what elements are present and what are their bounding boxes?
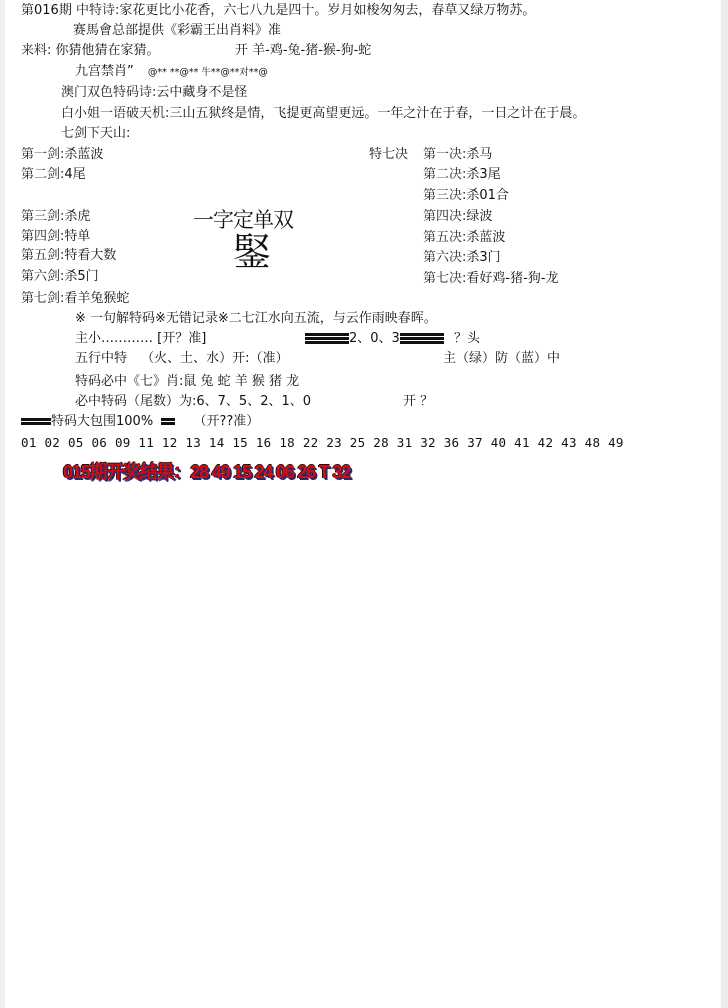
sword-item: 第六剑:杀5门	[21, 268, 99, 286]
macau-poem-line: 澳门双色特码诗:云中藏身不是怪	[61, 84, 247, 102]
wuxing-line: 五行中特 （火、土、水）开:（准）	[75, 350, 289, 368]
macau-poem-label: 澳门双色特码诗:	[61, 85, 156, 100]
jue-item: 第五决:杀蓝波	[423, 229, 505, 247]
odd-even-char: 鋻	[233, 230, 271, 274]
document-page: 第016期 中特诗:家花更比小花香，六七八九是四十。岁月如梭匆匆去，春草又绿万物…	[5, 0, 721, 1008]
jiugong-label: 九宫禁肖”	[75, 64, 134, 79]
jue-item: 第四决:绿波	[423, 208, 492, 226]
tail-value: 6、7、5、2、1、0	[196, 394, 311, 409]
wuxing-label: 五行中特	[75, 351, 127, 366]
one-sentence-line: ※ 一句解特码※无错记录※二七江水向五流，与云作雨映春晖。	[75, 310, 437, 328]
source-line: 赛馬會总部提供《彩霸王出肖料》准	[73, 22, 281, 40]
triple-bar-icon	[305, 332, 349, 345]
sword-item: 第三剑:杀虎	[21, 208, 90, 226]
triple-bar-icon	[400, 332, 444, 345]
jue-item: 第三决:杀01合	[423, 187, 509, 205]
result-special-label: T	[319, 462, 329, 482]
seven-zodiac-label: 特码必中《七》肖:	[75, 374, 183, 389]
result-special: 32	[332, 462, 350, 482]
laiiao-line: 来料: 你猜他猜在家猜。	[21, 42, 160, 60]
sword-item: 第五剑:特看大数	[21, 247, 116, 265]
jue-item: 第一决:杀马	[423, 146, 492, 164]
tail-label: 必中特码（尾数）为:	[75, 394, 196, 409]
result-label: 015期开奖结果：	[63, 462, 190, 482]
draw-result: 015期开奖结果：28 49 15 24 06 26 T 32	[63, 458, 350, 484]
jue-item: 第六决:杀3门	[423, 249, 501, 267]
laiiao-label: 来料:	[21, 43, 51, 58]
number-list: 01 02 05 06 09 11 12 13 14 15 16 18 22 2…	[21, 434, 624, 452]
seven-zodiac-line: 特码必中《七》肖:鼠 兔 蛇 羊 猴 猪 龙	[75, 373, 299, 391]
poem-text: 家花更比小花香，六七八九是四十。岁月如梭匆匆去，春草又绿万物苏。	[119, 3, 535, 18]
tail-line: 必中特码（尾数）为:6、7、5、2、1、0	[75, 393, 311, 411]
poem-label: 中特诗:	[76, 3, 119, 18]
scrollbar[interactable]	[721, 0, 728, 1008]
issue-number: 第016期	[21, 3, 72, 18]
laiiao-open: 开 羊-鸡-兔-猪-猴-狗-蛇	[235, 42, 371, 60]
bai-xiaojie-text: 三山五狱终是情，飞提更高望更远。一年之汁在于春，一日之计在于晨。	[169, 106, 585, 121]
wuxing-value: （火、土、水）开:（准）	[141, 351, 288, 366]
big-bag-label: 特码大包围100%	[51, 414, 153, 429]
seven-jue-title: 特七决	[369, 146, 408, 164]
sword-item: 第七剑:看羊兔猴蛇	[21, 290, 129, 308]
header-line: 第016期 中特诗:家花更比小花香，六七八九是四十。岁月如梭匆匆去，春草又绿万物…	[21, 2, 535, 20]
double-bar-icon	[161, 417, 175, 426]
seven-swords-title: 七剑下天山:	[61, 125, 130, 143]
small-digits-line: 2、0、3 ？头	[305, 330, 480, 348]
big-bag-line: 特码大包围100% （开??准）	[21, 413, 259, 431]
bai-xiaojie-line: 白小姐一语破天机:三山五狱终是情，飞提更高望更远。一年之汁在于春，一日之计在于晨…	[61, 105, 585, 123]
small-digits: 2、0、3	[349, 331, 400, 346]
open-label: 开	[235, 43, 248, 58]
double-bar-icon	[21, 417, 51, 426]
laiiao-text: 你猜他猜在家猜。	[56, 43, 160, 58]
big-bag-suffix: （开??准）	[193, 414, 259, 429]
small-head: ？头	[454, 331, 480, 346]
jue-item: 第二决:杀3尾	[423, 166, 501, 184]
sword-item: 第一剑:杀蓝波	[21, 146, 103, 164]
open-zodiacs: 羊-鸡-兔-猪-猴-狗-蛇	[252, 43, 371, 58]
jiugong-line: 九宫禁肖” @** **@** 牛**@**对**@	[75, 63, 268, 82]
small-label: 主小………… [开？准]	[75, 330, 206, 348]
jue-item: 第七决:看好鸡-猪-狗-龙	[423, 270, 558, 288]
result-numbers: 28 49 15 24 06 26	[190, 462, 315, 482]
tail-open: 开 ？	[403, 393, 433, 411]
jiugong-code: @** **@** 牛**@**对**@	[148, 67, 268, 78]
wuxing-color-hint: 主（绿）防（蓝）中	[443, 350, 560, 368]
seven-zodiac-value: 鼠 兔 蛇 羊 猴 猪 龙	[183, 374, 299, 389]
macau-poem-text: 云中藏身不是怪	[156, 85, 247, 100]
bai-xiaojie-label: 白小姐一语破天机:	[61, 106, 169, 121]
sword-item: 第二剑:4尾	[21, 166, 86, 184]
sword-item: 第四剑:特单	[21, 228, 90, 246]
